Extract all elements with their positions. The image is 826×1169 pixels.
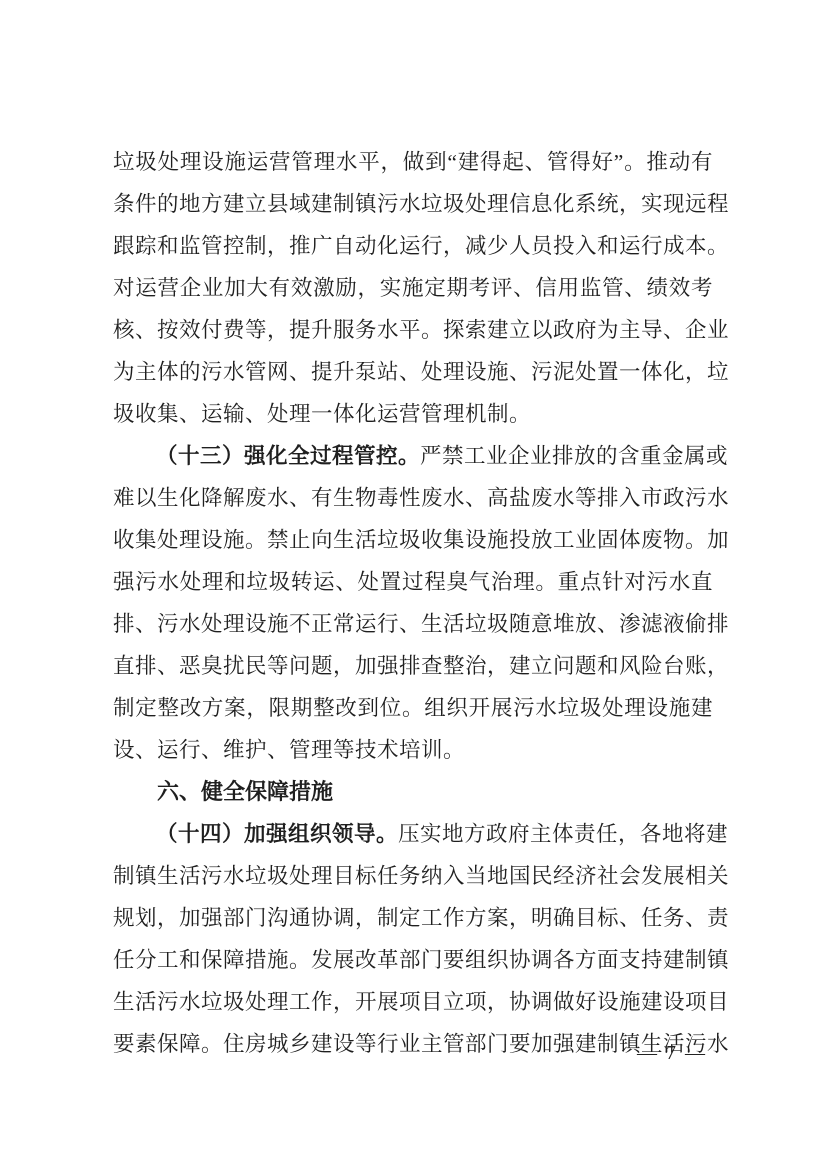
body-line: 圾收集、运输、处理一体化运营管理机制。 [113,393,713,435]
body-line: 规划，加强部门沟通协调，制定工作方案，明确目标、任务、责 [113,897,713,939]
body-line: 跟踪和监管控制，推广自动化运行，减少人员投入和运行成本。 [113,225,713,267]
body-line: 为主体的污水管网、提升泵站、处理设施、污泥处置一体化，垃 [113,351,713,393]
body-line: 制镇生活污水垃圾处理目标任务纳入当地国民经济社会发展相关 [113,855,713,897]
body-line: 收集处理设施。禁止向生活垃圾收集设施投放工业固体废物。加 [113,519,713,561]
body-line: 难以生化降解废水、有生物毒性废水、高盐废水等排入市政污水 [113,477,713,519]
body-line: 设、运行、维护、管理等技术培训。 [113,729,713,771]
body-line: 对运营企业加大有效激励，实施定期考评、信用监管、绩效考 [113,267,713,309]
para-13-first-line: （十三）强化全过程管控。严禁工业企业排放的含重金属或 [113,435,713,477]
body-line: 任分工和保障措施。发展改革部门要组织协调各方面支持建制镇 [113,939,713,981]
body-line: 制定整改方案，限期整改到位。组织开展污水垃圾处理设施建 [113,687,713,729]
body-line: 生活污水垃圾处理工作，开展项目立项，协调做好设施建设项目 [113,981,713,1023]
para-13-lead: （十三）强化全过程管控。 [156,444,420,468]
para-13-first-rest: 严禁工业企业排放的含重金属或 [420,444,728,468]
para-14-first-rest: 压实地方政府主体责任，各地将建 [398,822,728,846]
body-line: 排、污水处理设施不正常运行、生活垃圾随意堆放、渗滤液偷排 [113,603,713,645]
page-number: — 7 — [113,1038,713,1068]
para-14-first-line: （十四）加强组织领导。压实地方政府主体责任，各地将建 [113,813,713,855]
para-14-lead: （十四）加强组织领导。 [156,822,398,846]
body-line: 条件的地方建立县域建制镇污水垃圾处理信息化系统，实现远程 [113,183,713,225]
body-line: 直排、恶臭扰民等问题，加强排查整治，建立问题和风险台账， [113,645,713,687]
body-line: 垃圾处理设施运营管理水平，做到“建得起、管得好”。推动有 [113,141,713,183]
body-line: 核、按效付费等，提升服务水平。探索建立以政府为主导、企业 [113,309,713,351]
body-line: 强污水处理和垃圾转运、处置过程臭气治理。重点针对污水直 [113,561,713,603]
text-block: 垃圾处理设施运营管理水平，做到“建得起、管得好”。推动有 条件的地方建立县域建制… [113,141,713,1065]
section-heading: 六、健全保障措施 [113,771,713,813]
document-page: 垃圾处理设施运营管理水平，做到“建得起、管得好”。推动有 条件的地方建立县域建制… [0,0,826,1169]
